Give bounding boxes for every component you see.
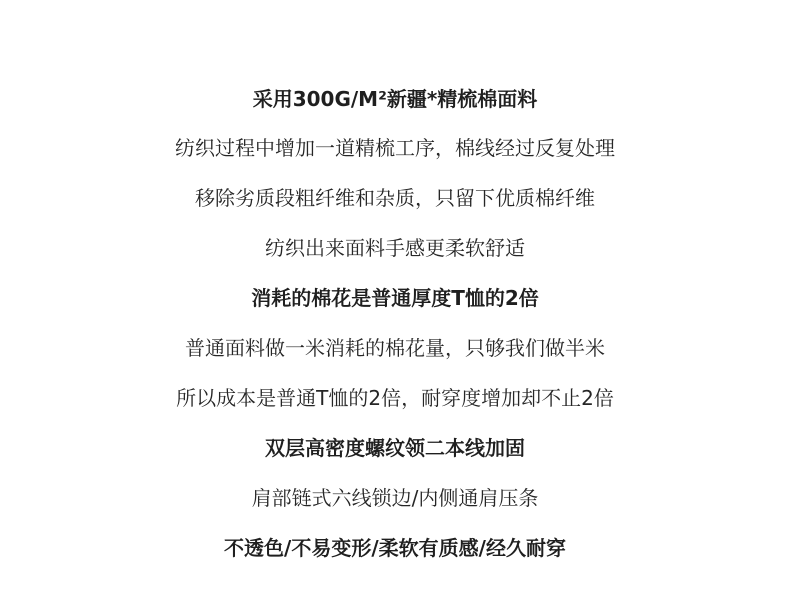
cotton-usage-heading: 消耗的棉花是普通厚度T恤的2倍 (0, 284, 790, 312)
features-summary: 不透色/不易变形/柔软有质感/经久耐穿 (0, 534, 790, 562)
fabric-heading: 采用300G/M²新疆*精梳棉面料 (0, 85, 790, 113)
softness-text: 纺织出来面料手感更柔软舒适 (0, 234, 790, 262)
collar-heading: 双层高密度螺纹领二本线加固 (0, 434, 790, 462)
cotton-amount-text: 普通面料做一米消耗的棉花量，只够我们做半米 (0, 334, 790, 362)
fiber-removal-text: 移除劣质段粗纤维和杂质，只留下优质棉纤维 (0, 184, 790, 212)
shoulder-stitching-text: 肩部链式六线锁边/内侧通肩压条 (0, 484, 790, 512)
combing-process-text: 纺织过程中增加一道精梳工序，棉线经过反复处理 (0, 134, 790, 162)
cost-durability-text: 所以成本是普通T恤的2倍，耐穿度增加却不止2倍 (0, 384, 790, 412)
